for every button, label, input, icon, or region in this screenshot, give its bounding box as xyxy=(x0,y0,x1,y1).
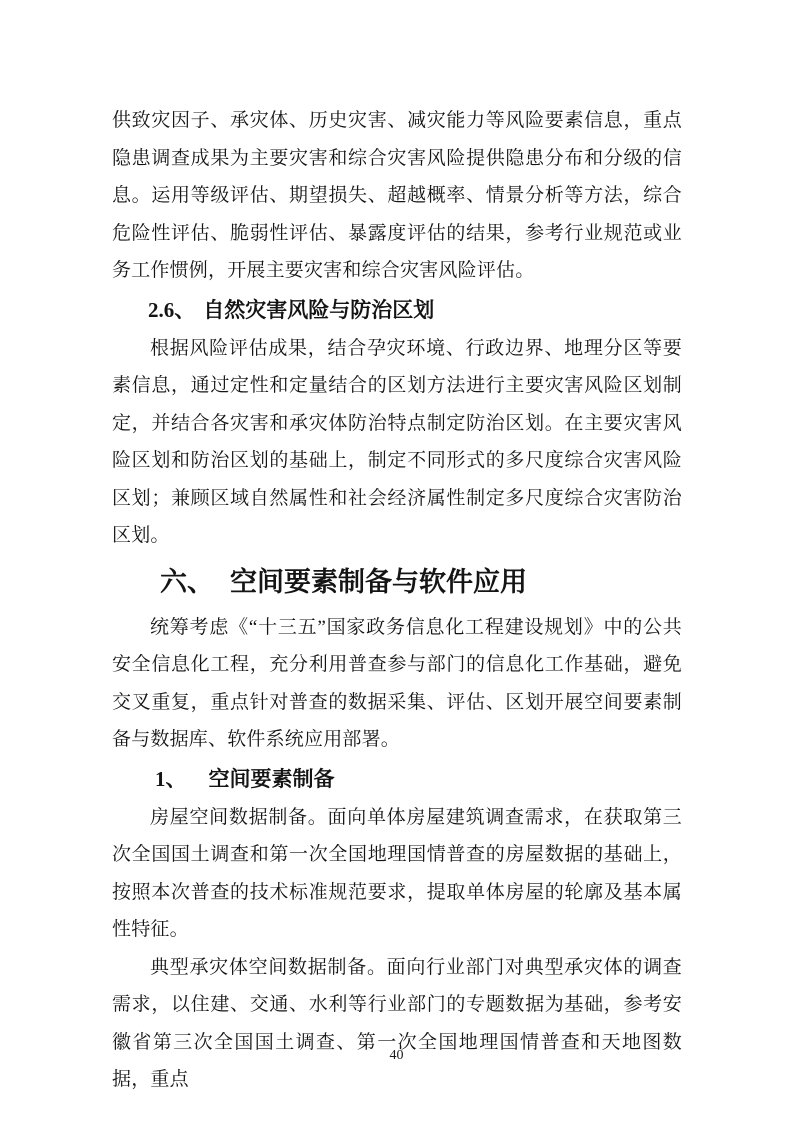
section-2-6-heading-number: 2.6、 xyxy=(148,298,195,322)
paragraph-disaster-bearing-body-data: 典型承灾体空间数据制备。面向行业部门对典型承灾体的调查需求，以住建、交通、水利等… xyxy=(112,949,682,1099)
section-1-heading-number: 1、 xyxy=(155,767,187,791)
document-page: 供致灾因子、承灾体、历史灾害、减灾能力等风险要素信息，重点隐患调查成果为主要灾害… xyxy=(0,0,793,1122)
chapter-6-heading: 六、空间要素制备与软件应用 xyxy=(112,555,682,609)
section-2-6-heading-title: 自然灾害风险与防治区划 xyxy=(203,298,434,322)
page-content: 供致灾因子、承灾体、历史灾害、减灾能力等风险要素信息，重点隐患调查成果为主要灾害… xyxy=(0,0,793,1099)
chapter-6-heading-title: 空间要素制备与软件应用 xyxy=(230,567,527,597)
paragraph-housing-spatial-data: 房屋空间数据制备。面向单体房屋建筑调查需求，在获取第三次全国国土调查和第一次全国… xyxy=(112,799,682,949)
paragraph-chapter-6-intro: 统筹考虑《“十三五”国家政务信息化工程建设规划》中的公共安全信息化工程，充分利用… xyxy=(112,609,682,759)
page-number: 40 xyxy=(0,1048,793,1064)
paragraph-risk-zoning: 根据风险评估成果，结合孕灾环境、行政边界、地理分区等要素信息，通过定性和定量结合… xyxy=(112,330,682,555)
section-1-heading: 1、空间要素制备 xyxy=(112,759,682,799)
section-1-heading-title: 空间要素制备 xyxy=(209,767,335,791)
chapter-6-heading-number: 六、 xyxy=(160,567,214,597)
section-2-6-heading: 2.6、自然灾害风险与防治区划 xyxy=(112,290,682,330)
paragraph-risk-assessment-continuation: 供致灾因子、承灾体、历史灾害、减灾能力等风险要素信息，重点隐患调查成果为主要灾害… xyxy=(112,102,682,290)
